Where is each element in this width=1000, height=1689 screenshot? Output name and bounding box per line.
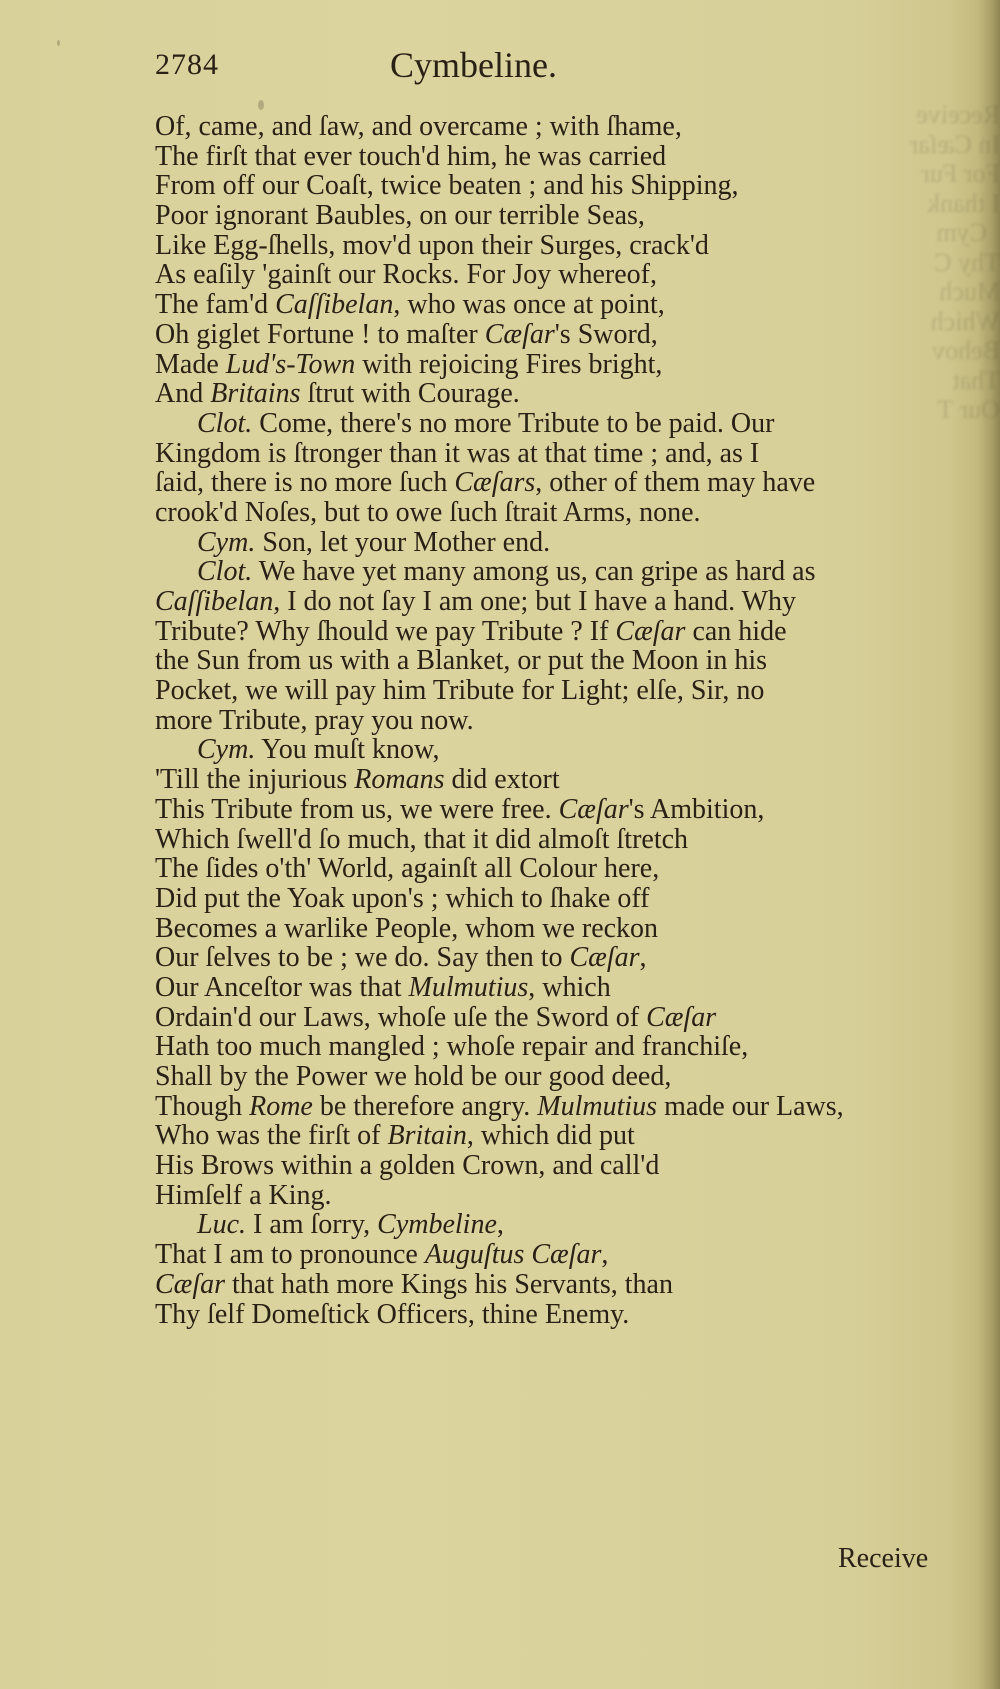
roman-text: Hath too much mangled ; whoſe repair and…: [155, 1031, 748, 1062]
roman-text: Poor ignorant Baubles, on our terrible S…: [155, 200, 645, 231]
roman-text: Thy ſelf Domeſtick Officers, thine Enemy…: [155, 1299, 629, 1330]
text-line: From off our Coaſt, twice beaten ; and h…: [155, 171, 945, 201]
italic-text: Lud's-Town: [226, 349, 355, 380]
text-line: The fam'd Caſſibelan, who was once at po…: [155, 290, 945, 320]
text-line: The ſides o'th' World, againſt all Colou…: [155, 854, 945, 884]
roman-text: We have yet many among us, can gripe as …: [252, 556, 815, 587]
roman-text: ,: [497, 1209, 504, 1240]
roman-text: made our Laws,: [657, 1091, 844, 1122]
text-line: Cym. Son, let your Mother end.: [155, 528, 945, 558]
italic-text: Cæſars: [454, 467, 535, 498]
roman-text: Who was the firſt of: [155, 1120, 388, 1151]
text-line: And Britains ſtrut with Courage.: [155, 379, 945, 409]
roman-text: can hide: [685, 616, 786, 647]
roman-text: Which ſwell'd ſo much, that it did almoſ…: [155, 824, 688, 855]
text-line: Made Lud's-Town with rejoicing Fires bri…: [155, 350, 945, 380]
page-header: 2784 Cymbeline.: [155, 48, 915, 88]
roman-text: , other of them may have: [535, 467, 815, 498]
running-title: Cymbeline.: [390, 44, 557, 86]
roman-text: You muſt know,: [255, 734, 439, 765]
italic-text: Caſſibelan: [275, 289, 393, 320]
italic-text: Cæſar: [559, 794, 629, 825]
text-line: Who was the firſt of Britain, which did …: [155, 1121, 945, 1151]
catchword: Receive: [838, 1543, 928, 1575]
text-line: the Sun from us with a Blanket, or put t…: [155, 646, 945, 676]
roman-text: Tribute? Why ſhould we pay Tribute ? If: [155, 616, 615, 647]
text-line: Thy ſelf Domeſtick Officers, thine Enemy…: [155, 1300, 945, 1330]
text-line: Becomes a warlike People, whom we reckon: [155, 914, 945, 944]
italic-text: Britain: [388, 1120, 467, 1151]
ink-spot: [258, 100, 264, 110]
italic-text: Cæſar: [155, 1269, 225, 1300]
text-line: Ordain'd our Laws, whoſe uſe the Sword o…: [155, 1003, 945, 1033]
roman-text: Himſelf a King.: [155, 1180, 332, 1211]
roman-text: The fam'd: [155, 289, 275, 320]
italic-text: Cæſar: [569, 942, 639, 973]
roman-text: Made: [155, 349, 226, 380]
italic-text: Mulmutius: [409, 972, 529, 1003]
roman-text: , who was once at point,: [393, 289, 664, 320]
text-line: Oh giglet Fortune ! to maſter Cæſar's Sw…: [155, 320, 945, 350]
text-line: Hath too much mangled ; whoſe repair and…: [155, 1032, 945, 1062]
text-line: Caſſibelan, I do not ſay I am one; but I…: [155, 587, 945, 617]
italic-text: Rome: [249, 1091, 313, 1122]
roman-text: more Tribute, pray you now.: [155, 705, 474, 736]
roman-text: Ordain'd our Laws, whoſe uſe the Sword o…: [155, 1002, 646, 1033]
text-line: Our ſelves to be ; we do. Say then to Cæ…: [155, 943, 945, 973]
italic-text: Clot.: [197, 408, 252, 439]
text-line: Luc. I am ſorry, Cymbeline,: [155, 1210, 945, 1240]
italic-text: Cym.: [197, 734, 255, 765]
roman-text: This Tribute from us, we were free.: [155, 794, 559, 825]
italic-text: Cæſar: [615, 616, 685, 647]
roman-text: I am ſorry,: [246, 1209, 377, 1240]
text-line: Pocket, we will pay him Tribute for Ligh…: [155, 676, 945, 706]
text-line: Of, came, and ſaw, and overcame ; with ſ…: [155, 112, 945, 142]
roman-text: Though: [155, 1091, 249, 1122]
text-line: Cæſar that hath more Kings his Servants,…: [155, 1270, 945, 1300]
roman-text: 's Sword,: [555, 319, 658, 350]
roman-text: ſtrut with Courage.: [300, 378, 519, 409]
text-line: 'Till the injurious Romans did extort: [155, 765, 945, 795]
roman-text: Shall by the Power we hold be our good d…: [155, 1061, 671, 1092]
italic-text: Cæſar: [485, 319, 555, 350]
roman-text: did extort: [445, 764, 560, 795]
italic-text: Cym.: [197, 527, 255, 558]
text-line: This Tribute from us, we were free. Cæſa…: [155, 795, 945, 825]
roman-text: His Brows within a golden Crown, and cal…: [155, 1150, 659, 1181]
roman-text: From off our Coaſt, twice beaten ; and h…: [155, 170, 739, 201]
text-line: As eaſily 'gainſt our Rocks. For Joy whe…: [155, 260, 945, 290]
italic-text: Caſſibelan: [155, 586, 273, 617]
roman-text: 's Ambition,: [629, 794, 765, 825]
roman-text: Son, let your Mother end.: [255, 527, 550, 558]
roman-text: Oh giglet Fortune ! to maſter: [155, 319, 485, 350]
roman-text: Kingdom is ſtronger than it was at that …: [155, 438, 759, 469]
roman-text: be therefore angry.: [313, 1091, 537, 1122]
italic-text: Luc.: [197, 1209, 246, 1240]
text-line: Clot. Come, there's no more Tribute to b…: [155, 409, 945, 439]
roman-text: Did put the Yoak upon's ; which to ſhake…: [155, 883, 650, 914]
roman-text: ſaid, there is no more ſuch: [155, 467, 454, 498]
roman-text: Like Egg-ſhells, mov'd upon their Surges…: [155, 230, 709, 261]
roman-text: Our Anceſtor was that: [155, 972, 409, 1003]
roman-text: crook'd Noſes, but to owe ſuch ſtrait Ar…: [155, 497, 701, 528]
roman-text: Becomes a warlike People, whom we reckon: [155, 913, 658, 944]
text-line: Did put the Yoak upon's ; which to ſhake…: [155, 884, 945, 914]
text-line: crook'd Noſes, but to owe ſuch ſtrait Ar…: [155, 498, 945, 528]
roman-text: , I do not ſay I am one; but I have a ha…: [273, 586, 796, 617]
italic-text: Mulmutius: [537, 1091, 657, 1122]
text-line: Cym. You muſt know,: [155, 735, 945, 765]
italic-text: Clot.: [197, 556, 252, 587]
roman-text: The firſt that ever touch'd him, he was …: [155, 141, 666, 172]
roman-text: And: [155, 378, 210, 409]
roman-text: that hath more Kings his Servants, than: [225, 1269, 673, 1300]
roman-text: Our ſelves to be ; we do. Say then to: [155, 942, 569, 973]
scanned-page: Receive In Cæſar For Fur I thank Cym Thy…: [0, 0, 1000, 1689]
text-line: Tribute? Why ſhould we pay Tribute ? If …: [155, 617, 945, 647]
text-line: ſaid, there is no more ſuch Cæſars, othe…: [155, 468, 945, 498]
italic-text: Cymbeline: [377, 1209, 497, 1240]
roman-text: That I am to pronounce: [155, 1239, 425, 1270]
text-line: more Tribute, pray you now.: [155, 706, 945, 736]
page-edge-shadow: [978, 0, 1000, 1689]
text-line: Which ſwell'd ſo much, that it did almoſ…: [155, 825, 945, 855]
text-line: Clot. We have yet many among us, can gri…: [155, 557, 945, 587]
text-line: That I am to pronounce Auguſtus Cæſar,: [155, 1240, 945, 1270]
roman-text: Pocket, we will pay him Tribute for Ligh…: [155, 675, 764, 706]
roman-text: As eaſily 'gainſt our Rocks. For Joy whe…: [155, 259, 657, 290]
roman-text: The ſides o'th' World, againſt all Colou…: [155, 853, 659, 884]
roman-text: Of, came, and ſaw, and overcame ; with ſ…: [155, 111, 682, 142]
text-line: His Brows within a golden Crown, and cal…: [155, 1151, 945, 1181]
italic-text: Auguſtus Cæſar: [425, 1239, 602, 1270]
italic-text: Cæſar: [646, 1002, 716, 1033]
text-line: Shall by the Power we hold be our good d…: [155, 1062, 945, 1092]
text-line: Himſelf a King.: [155, 1181, 945, 1211]
text-line: Poor ignorant Baubles, on our terrible S…: [155, 201, 945, 231]
text-line: Kingdom is ſtronger than it was at that …: [155, 439, 945, 469]
play-text-body: Of, came, and ſaw, and overcame ; with ſ…: [155, 112, 945, 1329]
text-line: Like Egg-ſhells, mov'd upon their Surges…: [155, 231, 945, 261]
roman-text: , which did put: [467, 1120, 635, 1151]
roman-text: with rejoicing Fires bright,: [355, 349, 662, 380]
italic-text: Britains: [210, 378, 300, 409]
roman-text: 'Till the injurious: [155, 764, 354, 795]
text-line: The firſt that ever touch'd him, he was …: [155, 142, 945, 172]
roman-text: ,: [601, 1239, 608, 1270]
roman-text: Come, there's no more Tribute to be paid…: [252, 408, 774, 439]
roman-text: ,: [640, 942, 647, 973]
roman-text: the Sun from us with a Blanket, or put t…: [155, 645, 767, 676]
text-line: Our Anceſtor was that Mulmutius, which: [155, 973, 945, 1003]
italic-text: Romans: [354, 764, 444, 795]
ink-spot: [57, 40, 60, 46]
page-number: 2784: [155, 48, 219, 82]
roman-text: , which: [528, 972, 610, 1003]
text-line: Though Rome be therefore angry. Mulmutiu…: [155, 1092, 945, 1122]
